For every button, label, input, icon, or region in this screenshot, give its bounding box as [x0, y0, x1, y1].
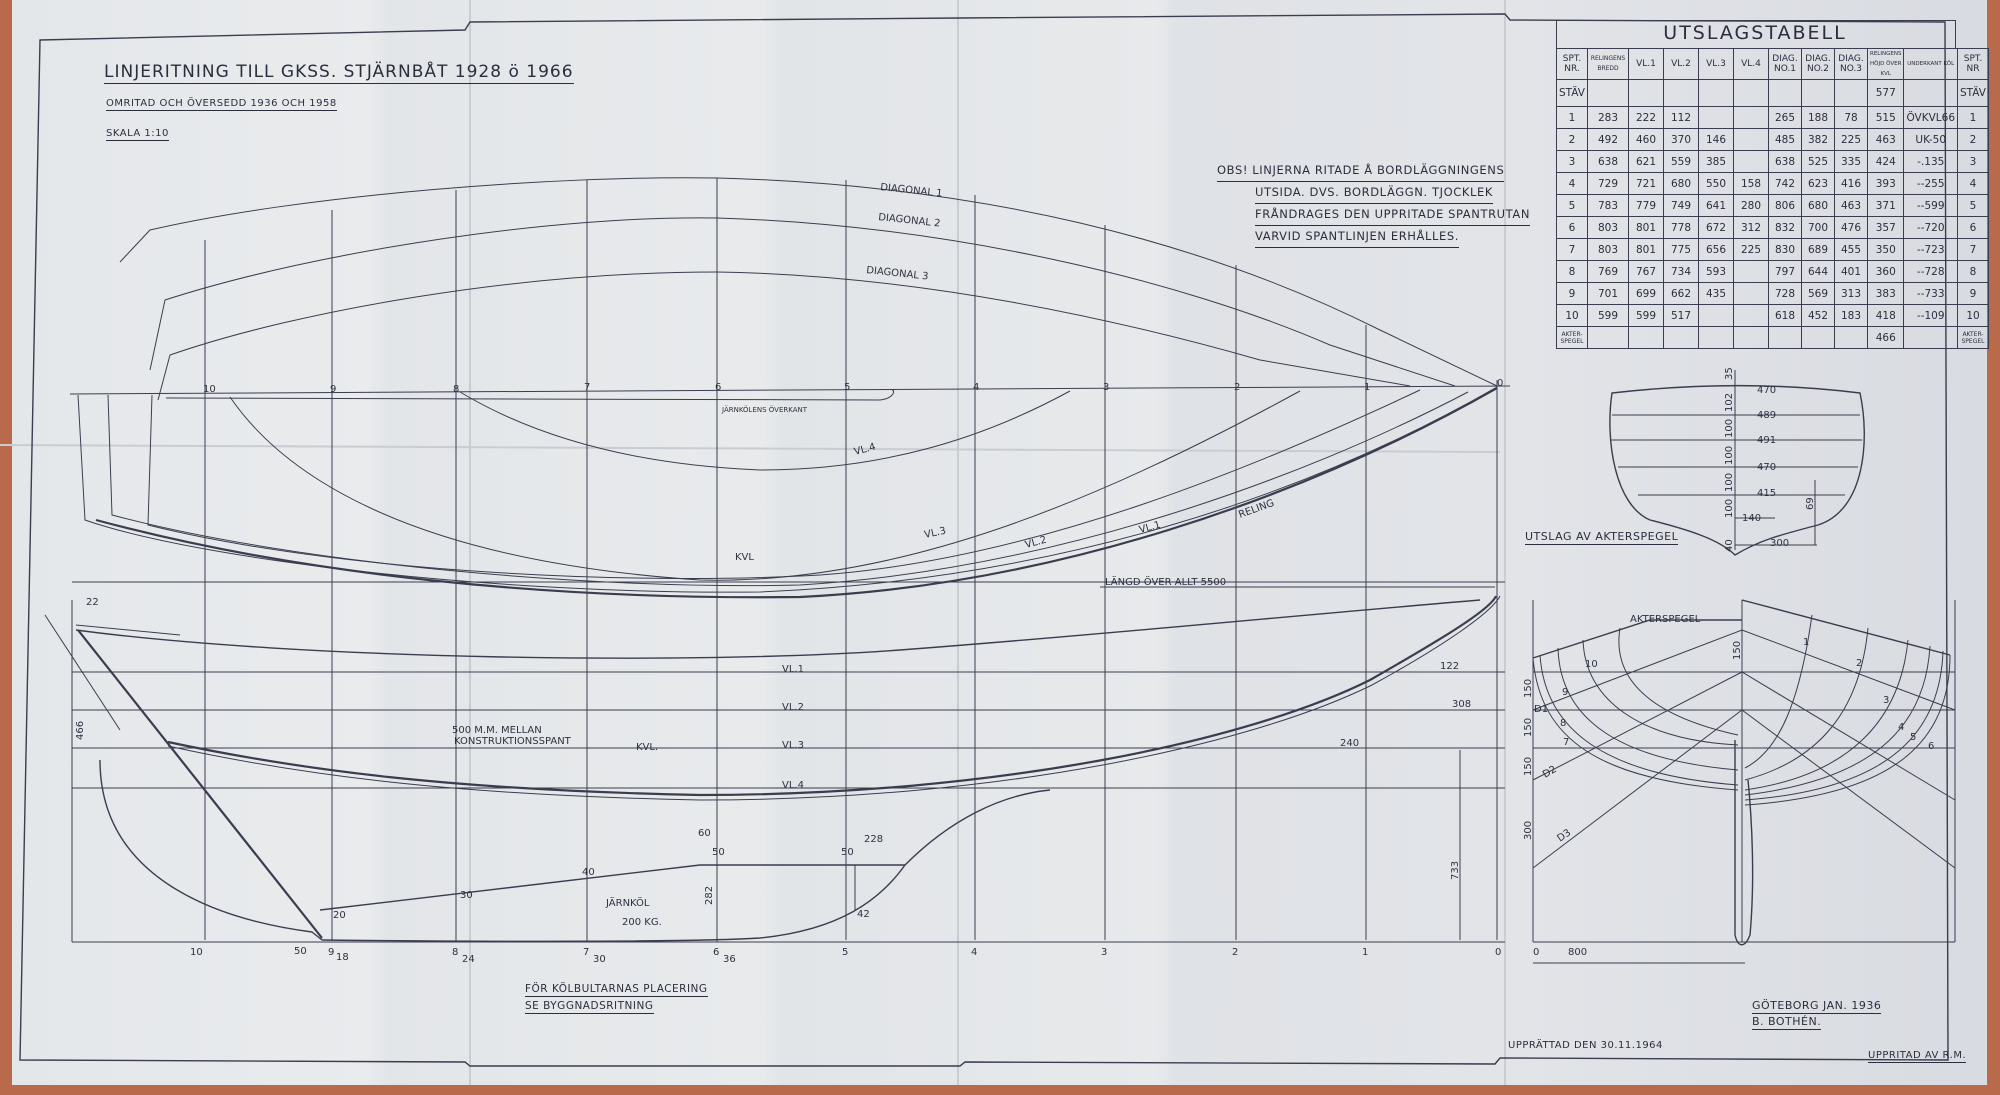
table-cell: STÄV	[1958, 80, 1989, 107]
table-cell: 393	[1868, 173, 1904, 195]
table-cell: 10	[1557, 305, 1588, 327]
table-cell: 769	[1588, 261, 1629, 283]
svg-text:LÄNGD ÖVER ALLT 5500: LÄNGD ÖVER ALLT 5500	[1105, 575, 1226, 588]
svg-text:JÄRNKÖLENS ÖVERKANT: JÄRNKÖLENS ÖVERKANT	[721, 405, 808, 414]
obs-note: OBS! LINJERNA RITADE Å BORDLÄGGNINGENS U…	[1217, 160, 1530, 248]
table-cell: 700	[1802, 217, 1835, 239]
svg-text:228: 228	[864, 834, 883, 845]
dimension-labels: 22 466 122 308 240 733 60 50 50 228 40 3…	[75, 367, 1934, 965]
svg-text:D3: D3	[1555, 827, 1573, 844]
svg-text:140: 140	[1742, 513, 1761, 524]
table-cell: 146	[1699, 129, 1734, 151]
svg-text:VL.4: VL.4	[853, 442, 877, 458]
table-cell: 742	[1769, 173, 1802, 195]
svg-text:KVL.: KVL.	[636, 742, 658, 753]
svg-text:7: 7	[584, 382, 590, 393]
svg-text:150: 150	[1523, 757, 1534, 776]
table-cell: 656	[1699, 239, 1734, 261]
table-cell	[1734, 283, 1769, 305]
drawing-title: LINJERITNING TILL GKSS. STJÄRNBÅT 1928 ö…	[104, 62, 574, 84]
table-cell	[1699, 107, 1734, 129]
table-cell: 618	[1769, 305, 1802, 327]
table-cell: 797	[1769, 261, 1802, 283]
svg-text:30: 30	[593, 954, 606, 965]
svg-text:24: 24	[462, 954, 475, 965]
table-cell: 416	[1835, 173, 1868, 195]
table-cell: 6	[1557, 217, 1588, 239]
table-cell: 689	[1802, 239, 1835, 261]
table-cell: 803	[1588, 239, 1629, 261]
table-cell	[1734, 80, 1769, 107]
obs-note-line-1: OBS! LINJERNA RITADE Å BORDLÄGGNINGENS	[1217, 160, 1504, 182]
table-cell: 360	[1868, 261, 1904, 283]
keel-bolt-note-2: SE BYGGNADSRITNING	[525, 1000, 654, 1014]
obs-note-line-3: FRÅNDRAGES DEN UPPRITADE SPANTRUTAN	[1255, 204, 1530, 226]
table-row: 2492460370146485382225463UK-502	[1557, 129, 1989, 151]
svg-text:40: 40	[582, 867, 595, 878]
table-cell: --723	[1904, 239, 1958, 261]
table-cell: 621	[1629, 151, 1664, 173]
table-cell: 680	[1664, 173, 1699, 195]
table-cell: 283	[1588, 107, 1629, 129]
svg-text:D1: D1	[1534, 704, 1548, 715]
col-header: VL.4	[1734, 49, 1769, 80]
svg-text:9: 9	[328, 947, 334, 958]
svg-text:5: 5	[844, 382, 850, 393]
table-cell: 525	[1802, 151, 1835, 173]
table-cell: 699	[1629, 283, 1664, 305]
svg-text:18: 18	[336, 952, 349, 963]
svg-text:300: 300	[1523, 821, 1534, 840]
table-cell: ÖVKVL66	[1904, 107, 1958, 129]
table-cell: 778	[1664, 217, 1699, 239]
table-cell: 370	[1664, 129, 1699, 151]
svg-text:KVL: KVL	[735, 552, 754, 563]
table-cell: 8	[1958, 261, 1989, 283]
table-cell: 2	[1557, 129, 1588, 151]
table-cell	[1802, 80, 1835, 107]
keel-bolt-note-1: FÖR KÖLBULTARNAS PLACERING	[525, 983, 708, 997]
table-cell	[1588, 327, 1629, 349]
offsets-table-title: UTSLAGSTABELL	[1556, 22, 1954, 44]
table-cell: 3	[1958, 151, 1989, 173]
svg-text:VL.4: VL.4	[782, 780, 804, 791]
col-header: VL.3	[1699, 49, 1734, 80]
svg-text:VL.3: VL.3	[923, 526, 947, 541]
table-cell: 8	[1557, 261, 1588, 283]
svg-text:3: 3	[1101, 947, 1107, 958]
svg-text:10: 10	[1585, 659, 1598, 670]
table-cell: 550	[1699, 173, 1734, 195]
table-row: 3638621559385638525335424-.1353	[1557, 151, 1989, 173]
table-cell: 10	[1958, 305, 1989, 327]
svg-text:36: 36	[723, 954, 736, 965]
svg-text:1: 1	[1362, 947, 1368, 958]
table-cell	[1734, 129, 1769, 151]
svg-text:2: 2	[1856, 658, 1862, 669]
svg-text:8: 8	[453, 384, 459, 395]
table-cell: --109	[1904, 305, 1958, 327]
table-row: 5783779749641280806680463371--5995	[1557, 195, 1989, 217]
table-row: STÄV 577 STÄV	[1557, 80, 1989, 107]
drawing-subtitle: OMRITAD OCH ÖVERSEDD 1936 OCH 1958	[106, 98, 337, 111]
svg-text:6: 6	[713, 947, 719, 958]
table-cell	[1629, 80, 1664, 107]
table-cell	[1769, 80, 1802, 107]
svg-text:KONSTRUKTIONSSPANT: KONSTRUKTIONSSPANT	[454, 736, 572, 747]
table-header-row: SPT. NR. RELINGENS BREDD VL.1 VL.2 VL.3 …	[1557, 49, 1989, 80]
table-cell: 9	[1557, 283, 1588, 305]
table-cell	[1664, 327, 1699, 349]
table-row: 10599599517618452183418--10910	[1557, 305, 1989, 327]
table-cell: --733	[1904, 283, 1958, 305]
table-cell	[1734, 327, 1769, 349]
table-cell: 466	[1868, 327, 1904, 349]
table-cell	[1769, 327, 1802, 349]
svg-text:0: 0	[1497, 378, 1503, 389]
table-cell: 749	[1664, 195, 1699, 217]
table-cell: 734	[1664, 261, 1699, 283]
table-cell: 801	[1629, 239, 1664, 261]
table-cell: 569	[1802, 283, 1835, 305]
table-cell: 7	[1557, 239, 1588, 261]
table-cell: 599	[1629, 305, 1664, 327]
svg-text:JÄRNKÖL: JÄRNKÖL	[605, 896, 650, 909]
table-cell: 623	[1802, 173, 1835, 195]
svg-text:4: 4	[973, 382, 979, 393]
svg-text:10: 10	[190, 947, 203, 958]
col-header: VL.2	[1664, 49, 1699, 80]
svg-text:466: 466	[75, 721, 86, 740]
table-cell: 830	[1769, 239, 1802, 261]
svg-text:3: 3	[1883, 695, 1889, 706]
table-cell: 4	[1557, 173, 1588, 195]
table-cell: STÄV	[1557, 80, 1588, 107]
table-cell: 515	[1868, 107, 1904, 129]
table-cell: 7	[1958, 239, 1989, 261]
table-cell	[1699, 80, 1734, 107]
svg-text:30: 30	[460, 890, 473, 901]
svg-text:100: 100	[1724, 419, 1735, 438]
svg-text:300: 300	[1770, 538, 1789, 549]
svg-text:AKTERSPEGEL: AKTERSPEGEL	[1630, 614, 1701, 625]
table-cell: 401	[1835, 261, 1868, 283]
table-cell	[1835, 327, 1868, 349]
table-cell: 357	[1868, 217, 1904, 239]
table-cell: 4	[1958, 173, 1989, 195]
table-cell: 460	[1629, 129, 1664, 151]
svg-text:DIAGONAL 3: DIAGONAL 3	[866, 265, 929, 282]
svg-text:491: 491	[1757, 435, 1776, 446]
svg-text:500 M.M. MELLAN: 500 M.M. MELLAN	[452, 725, 542, 736]
svg-text:9: 9	[1562, 687, 1568, 698]
half-breadth-plan	[70, 178, 1510, 940]
col-header: RELINGENS BREDD	[1588, 49, 1629, 80]
col-header: DIAG. NO.2	[1802, 49, 1835, 80]
svg-text:100: 100	[1724, 499, 1735, 518]
designer: B. BOTHÉN.	[1752, 1015, 1821, 1030]
table-cell: 112	[1664, 107, 1699, 129]
table-cell: 559	[1664, 151, 1699, 173]
svg-text:1: 1	[1803, 637, 1809, 648]
svg-text:22: 22	[86, 597, 99, 608]
svg-text:150: 150	[1523, 718, 1534, 737]
svg-text:470: 470	[1757, 385, 1776, 396]
table-cell: 222	[1629, 107, 1664, 129]
svg-text:VL.2: VL.2	[782, 702, 804, 713]
col-header: DIAG. NO.1	[1769, 49, 1802, 80]
col-header: UNDERKANT KÖL	[1904, 49, 1958, 80]
svg-text:489: 489	[1757, 410, 1776, 421]
table-cell: 383	[1868, 283, 1904, 305]
table-cell: 476	[1835, 217, 1868, 239]
svg-text:733: 733	[1450, 861, 1461, 880]
svg-text:RELING: RELING	[1237, 498, 1276, 521]
svg-text:VL.3: VL.3	[782, 740, 804, 751]
table-cell: 463	[1868, 129, 1904, 151]
svg-text:150: 150	[1732, 641, 1743, 660]
table-cell: 577	[1868, 80, 1904, 107]
offsets-table: SPT. NR. RELINGENS BREDD VL.1 VL.2 VL.3 …	[1556, 48, 1989, 349]
obs-note-line-2: UTSIDA. DVS. BORDLÄGGN. TJOCKLEK	[1255, 182, 1493, 204]
table-row: AKTER-SPEGEL466AKTER-SPEGEL	[1557, 327, 1989, 349]
table-cell: 662	[1664, 283, 1699, 305]
svg-text:0: 0	[1495, 947, 1501, 958]
table-cell: 779	[1629, 195, 1664, 217]
table-cell: 599	[1588, 305, 1629, 327]
table-cell: 158	[1734, 173, 1769, 195]
profile-station-labels: 1098 765 432 10	[190, 947, 1501, 958]
table-cell: 832	[1769, 217, 1802, 239]
svg-text:102: 102	[1724, 393, 1735, 412]
svg-text:415: 415	[1757, 488, 1776, 499]
table-cell: 729	[1588, 173, 1629, 195]
table-cell: 371	[1868, 195, 1904, 217]
table-cell: 385	[1699, 151, 1734, 173]
profile-view	[45, 582, 1505, 942]
svg-text:6: 6	[1928, 741, 1934, 752]
table-cell: 803	[1588, 217, 1629, 239]
table-cell: 225	[1734, 239, 1769, 261]
table-cell: --728	[1904, 261, 1958, 283]
table-cell: 775	[1664, 239, 1699, 261]
table-cell: 382	[1802, 129, 1835, 151]
transom-expansion-title: UTSLAG AV AKTERSPEGEL	[1525, 530, 1678, 545]
table-cell	[1734, 151, 1769, 173]
drawing-scale: SKALA 1:10	[106, 128, 169, 141]
table-cell: 721	[1629, 173, 1664, 195]
table-cell: 188	[1802, 107, 1835, 129]
table-cell	[1734, 305, 1769, 327]
table-cell: 280	[1734, 195, 1769, 217]
col-header: SPT. NR.	[1557, 49, 1588, 80]
table-cell: 3	[1557, 151, 1588, 173]
table-cell: 492	[1588, 129, 1629, 151]
col-header: DIAG. NO.3	[1835, 49, 1868, 80]
svg-text:D2: D2	[1541, 764, 1559, 781]
table-cell: 672	[1699, 217, 1734, 239]
svg-text:3: 3	[1103, 382, 1109, 393]
table-cell: 801	[1629, 217, 1664, 239]
table-cell	[1588, 80, 1629, 107]
drawn-by: UPPRITAD AV R.M.	[1868, 1050, 1966, 1063]
table-cell: 225	[1835, 129, 1868, 151]
table-cell	[1734, 261, 1769, 283]
table-row: 6803801778672312832700476357--7206	[1557, 217, 1989, 239]
table-cell: 644	[1802, 261, 1835, 283]
svg-text:10: 10	[203, 384, 216, 395]
table-cell	[1734, 107, 1769, 129]
table-cell: 593	[1699, 261, 1734, 283]
table-cell: 418	[1868, 305, 1904, 327]
table-cell: 350	[1868, 239, 1904, 261]
svg-text:4: 4	[1898, 722, 1904, 733]
table-cell	[1904, 327, 1958, 349]
table-cell: 517	[1664, 305, 1699, 327]
svg-text:42: 42	[857, 909, 870, 920]
table-cell: 701	[1588, 283, 1629, 305]
table-cell	[1699, 305, 1734, 327]
table-cell: 783	[1588, 195, 1629, 217]
table-cell: UK-50	[1904, 129, 1958, 151]
table-row: 4729721680550158742623416393--2554	[1557, 173, 1989, 195]
table-cell	[1629, 327, 1664, 349]
svg-text:1: 1	[1364, 382, 1370, 393]
table-cell: 6	[1958, 217, 1989, 239]
table-cell: 313	[1835, 283, 1868, 305]
table-cell: 312	[1734, 217, 1769, 239]
table-cell: 1	[1958, 107, 1989, 129]
svg-text:69: 69	[1805, 497, 1816, 510]
table-cell: 641	[1699, 195, 1734, 217]
table-cell: 9	[1958, 283, 1989, 305]
table-row: 7803801775656225830689455350--7237	[1557, 239, 1989, 261]
svg-text:DIAGONAL 1: DIAGONAL 1	[880, 182, 943, 199]
table-cell: 728	[1769, 283, 1802, 305]
table-cell: 2	[1958, 129, 1989, 151]
svg-text:800: 800	[1568, 947, 1587, 958]
body-plan	[1533, 600, 1955, 963]
table-cell: 435	[1699, 283, 1734, 305]
svg-text:35: 35	[1724, 367, 1735, 380]
svg-text:282: 282	[704, 886, 715, 905]
transom-expansion	[1610, 370, 1864, 555]
svg-text:6: 6	[715, 382, 721, 393]
table-cell: 452	[1802, 305, 1835, 327]
table-cell: 183	[1835, 305, 1868, 327]
drawn-date: UPPRÄTTAD DEN 30.11.1964	[1508, 1040, 1663, 1051]
table-cell: 680	[1802, 195, 1835, 217]
table-cell: --599	[1904, 195, 1958, 217]
svg-text:100: 100	[1724, 446, 1735, 465]
table-cell: -.135	[1904, 151, 1958, 173]
svg-text:DIAGONAL 2: DIAGONAL 2	[878, 212, 941, 229]
svg-text:308: 308	[1452, 699, 1471, 710]
svg-text:5: 5	[842, 947, 848, 958]
table-cell: 5	[1958, 195, 1989, 217]
table-cell	[1699, 327, 1734, 349]
table-cell	[1835, 80, 1868, 107]
table-cell	[1904, 80, 1958, 107]
table-cell: 1	[1557, 107, 1588, 129]
table-cell: 767	[1629, 261, 1664, 283]
table-row: 9701699662435728569313383--7339	[1557, 283, 1989, 305]
svg-text:470: 470	[1757, 462, 1776, 473]
svg-text:100: 100	[1724, 473, 1735, 492]
offsets-table-body: 128322211226518878515ÖVKVL66124924603701…	[1557, 107, 1989, 349]
table-cell: 265	[1769, 107, 1802, 129]
table-row: 128322211226518878515ÖVKVL661	[1557, 107, 1989, 129]
table-cell: 638	[1588, 151, 1629, 173]
svg-text:0: 0	[1533, 947, 1539, 958]
col-header: VL.1	[1629, 49, 1664, 80]
col-header: RELINGENS HÖJD ÖVER KVL	[1868, 49, 1904, 80]
table-cell: --255	[1904, 173, 1958, 195]
svg-text:240: 240	[1340, 738, 1359, 749]
table-cell: 463	[1835, 195, 1868, 217]
table-cell: 424	[1868, 151, 1904, 173]
table-cell: --720	[1904, 217, 1958, 239]
table-cell: 806	[1769, 195, 1802, 217]
table-cell	[1664, 80, 1699, 107]
place-date: GÖTEBORG JAN. 1936	[1752, 999, 1881, 1014]
svg-text:9: 9	[330, 384, 336, 395]
svg-text:4: 4	[971, 947, 977, 958]
svg-text:VL.1: VL.1	[782, 664, 804, 675]
table-cell: AKTER-SPEGEL	[1557, 327, 1588, 349]
svg-text:2: 2	[1234, 382, 1240, 393]
svg-text:8: 8	[1560, 718, 1566, 729]
svg-text:50: 50	[294, 946, 307, 957]
svg-text:150: 150	[1523, 679, 1534, 698]
svg-text:200 KG.: 200 KG.	[622, 917, 662, 928]
svg-text:7: 7	[1563, 737, 1569, 748]
table-cell: 335	[1835, 151, 1868, 173]
svg-text:20: 20	[333, 910, 346, 921]
svg-text:122: 122	[1440, 661, 1459, 672]
table-cell	[1802, 327, 1835, 349]
svg-text:50: 50	[712, 847, 725, 858]
obs-note-line-4: VARVID SPANTLINJEN ERHÅLLES.	[1255, 226, 1459, 248]
svg-text:5: 5	[1910, 732, 1916, 743]
table-cell: 455	[1835, 239, 1868, 261]
table-cell: 78	[1835, 107, 1868, 129]
svg-text:8: 8	[452, 947, 458, 958]
svg-text:7: 7	[583, 947, 589, 958]
col-header: SPT. NR	[1958, 49, 1989, 80]
table-cell: AKTER-SPEGEL	[1958, 327, 1989, 349]
table-row: 8769767734593797644401360--7288	[1557, 261, 1989, 283]
svg-text:60: 60	[698, 828, 711, 839]
svg-text:40: 40	[1724, 539, 1735, 552]
table-cell: 5	[1557, 195, 1588, 217]
table-cell: 485	[1769, 129, 1802, 151]
table-cell: 638	[1769, 151, 1802, 173]
svg-text:50: 50	[841, 847, 854, 858]
svg-text:2: 2	[1232, 947, 1238, 958]
